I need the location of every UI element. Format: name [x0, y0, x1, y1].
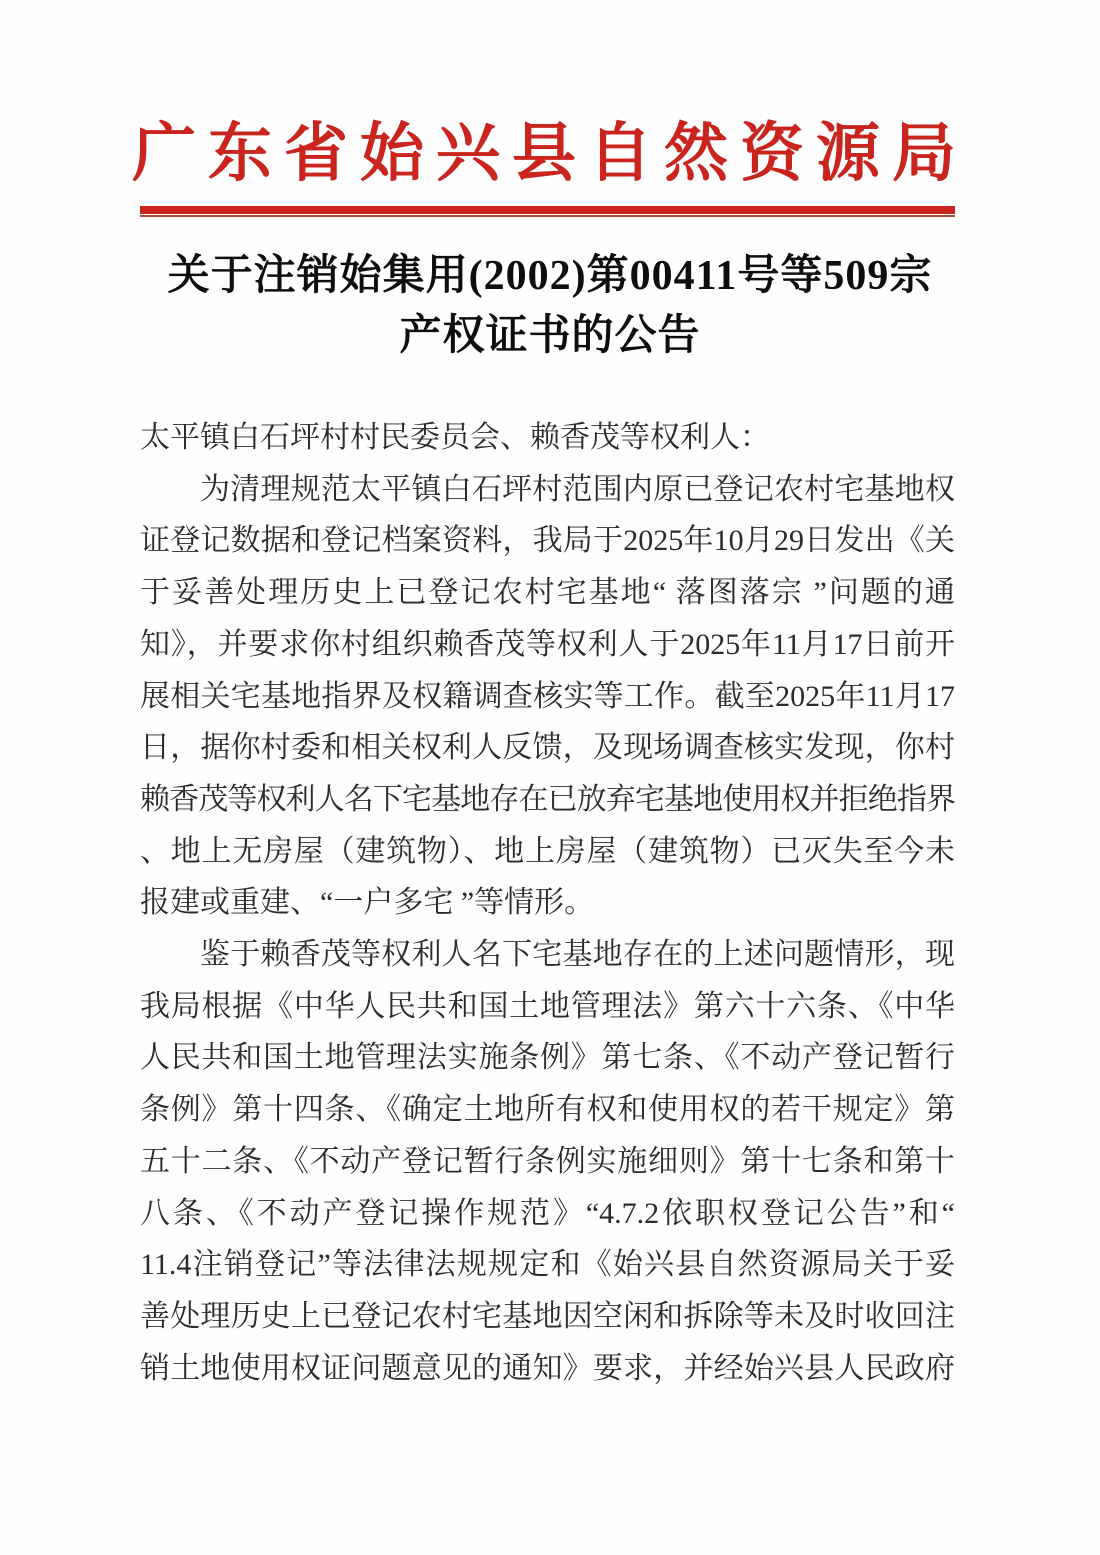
red-divider-shadow-bar	[140, 215, 955, 217]
body-line: 八条、《不动产登记操作规范》“4.7.2依职权登记公告”和“	[140, 1188, 955, 1240]
body-line: 展相关宅基地指界及权籍调查核实等工作。截至2025年11月17	[140, 671, 955, 723]
salutation-line: 太平镇白石坪村村民委员会、赖香茂等权利人：	[140, 412, 955, 464]
body-line: 为清理规范太平镇白石坪村范围内原已登记农村宅基地权	[140, 464, 955, 516]
body-line: 条例》第十四条、《确定土地所有权和使用权的若干规定》第	[140, 1084, 955, 1136]
document-title: 关于注销始集用(2002)第00411号等509宗 产权证书的公告	[0, 246, 1100, 366]
body-line: 销土地使用权证问题意见的通知》要求，并经始兴县人民政府	[140, 1343, 955, 1395]
document-body: 太平镇白石坪村村民委员会、赖香茂等权利人： 为清理规范太平镇白石坪村范围内原已登…	[140, 412, 955, 1394]
body-line: 于妥善处理历史上已登记农村宅基地“ 落图落宗 ”问题的通	[140, 567, 955, 619]
body-line: 善处理历史上已登记农村宅基地因空闲和拆除等未及时收回注	[140, 1291, 955, 1343]
document-title-line2: 产权证书的公告	[0, 306, 1100, 366]
body-line: 知》，并要求你村组织赖香茂等权利人于2025年11月17日前开	[140, 619, 955, 671]
body-line: 我局根据《中华人民共和国土地管理法》第六十六条、《中华	[140, 981, 955, 1033]
body-line: 日，据你村委和相关权利人反馈，及现场调查核实发现，你村	[140, 722, 955, 774]
body-line: 11.4注销登记”等法律法规规定和《始兴县自然资源局关于妥	[140, 1239, 955, 1291]
document-title-line1: 关于注销始集用(2002)第00411号等509宗	[0, 246, 1100, 306]
body-line: 证登记数据和登记档案资料，我局于2025年10月29日发出《关	[140, 515, 955, 567]
red-divider-rule	[140, 206, 955, 217]
body-line: 五十二条、《不动产登记暂行条例实施细则》第十七条和第十	[140, 1136, 955, 1188]
body-line: 鉴于赖香茂等权利人名下宅基地存在的上述问题情形，现	[140, 929, 955, 981]
body-line: 、地上无房屋（建筑物）、地上房屋（建筑物）已灭失至今未	[140, 826, 955, 878]
red-divider-main-bar	[140, 206, 955, 214]
agency-masthead: 广东省始兴县自然资源局	[0, 112, 1100, 196]
document-page: 广东省始兴县自然资源局 关于注销始集用(2002)第00411号等509宗 产权…	[0, 0, 1100, 1555]
body-line: 人民共和国土地管理法实施条例》第七条、《不动产登记暂行	[140, 1032, 955, 1084]
body-line: 赖香茂等权利人名下宅基地存在已放弃宅基地使用权并拒绝指界	[140, 774, 955, 826]
body-line: 报建或重建、“一户多宅 ”等情形。	[140, 877, 955, 929]
